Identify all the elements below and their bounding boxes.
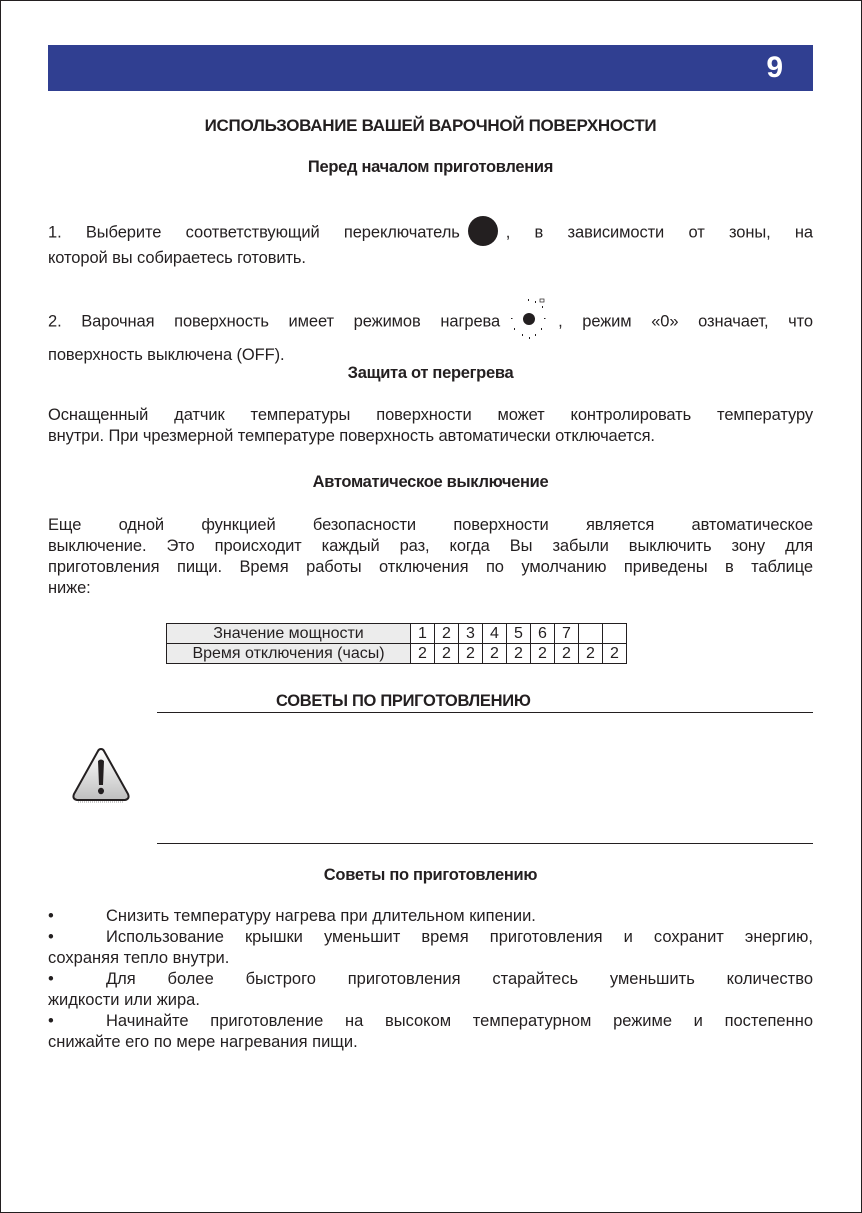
instruction-item-2-line-1: 2. Варочная поверхность имеет режимов на… [48, 299, 813, 345]
bullet-icon: • [48, 927, 106, 948]
instruction-item-2: 2. Варочная поверхность имеет режимов на… [48, 299, 813, 366]
section-title-overheat: Защита от перегрева [48, 364, 813, 383]
list-item: •Для более быстрого приготовления старай… [48, 969, 813, 1011]
overheat-paragraph: Оснащенный датчик температуры поверхност… [48, 405, 813, 447]
instruction-item-1-line-2: которой вы собираетесь готовить. [48, 248, 813, 269]
shutoff-table: Значение мощности 1 2 3 4 5 6 7 Время от… [166, 623, 627, 664]
list-item: •Начинайте приготовление на высоком темп… [48, 1011, 813, 1053]
bullet-icon: • [48, 906, 106, 927]
section-title-auto-off: Автоматическое выключение [48, 473, 813, 492]
table-header-power: Значение мощности [167, 624, 411, 644]
table-row-shutoff-time: Время отключения (часы) 2 2 2 2 2 2 2 2 … [167, 644, 627, 664]
instruction-item-1: 1. Выберите соответствующий переключател… [48, 218, 813, 269]
instruction-item-1-line-1: 1. Выберите соответствующий переключател… [48, 218, 813, 248]
auto-off-paragraph: Еще одной функцией безопасности поверхно… [48, 515, 813, 599]
section-title-before-cooking: Перед началом приготовления [48, 158, 813, 177]
section-title-tips: Советы по приготовлению [48, 866, 813, 885]
list-item: •Использование крышки уменьшит время при… [48, 927, 813, 969]
instruction-item-2-line-2: поверхность выключена (OFF). [48, 345, 813, 366]
page-number: 9 [766, 50, 783, 86]
table-header-shutoff-time: Время отключения (часы) [167, 644, 411, 664]
bullet-icon: • [48, 1011, 106, 1032]
tips-list: •Снизить температуру нагрева при длитель… [48, 906, 813, 1053]
heat-knob-icon [504, 296, 554, 342]
table-row-power: Значение мощности 1 2 3 4 5 6 7 [167, 624, 627, 644]
bullet-icon: • [48, 969, 106, 990]
selector-dot-icon [468, 216, 498, 246]
tips-box-top-rule [157, 712, 813, 713]
tips-box-bottom-rule [157, 843, 813, 844]
warning-triangle-icon [70, 746, 132, 804]
header-bar: 9 [48, 45, 813, 91]
list-item: •Снизить температуру нагрева при длитель… [48, 906, 813, 927]
tips-box-title: СОВЕТЫ ПО ПРИГОТОВЛЕНИЮ [157, 692, 813, 711]
main-title: ИСПОЛЬЗОВАНИЕ ВАШЕЙ ВАРОЧНОЙ ПОВЕРХНОСТИ [48, 116, 813, 136]
